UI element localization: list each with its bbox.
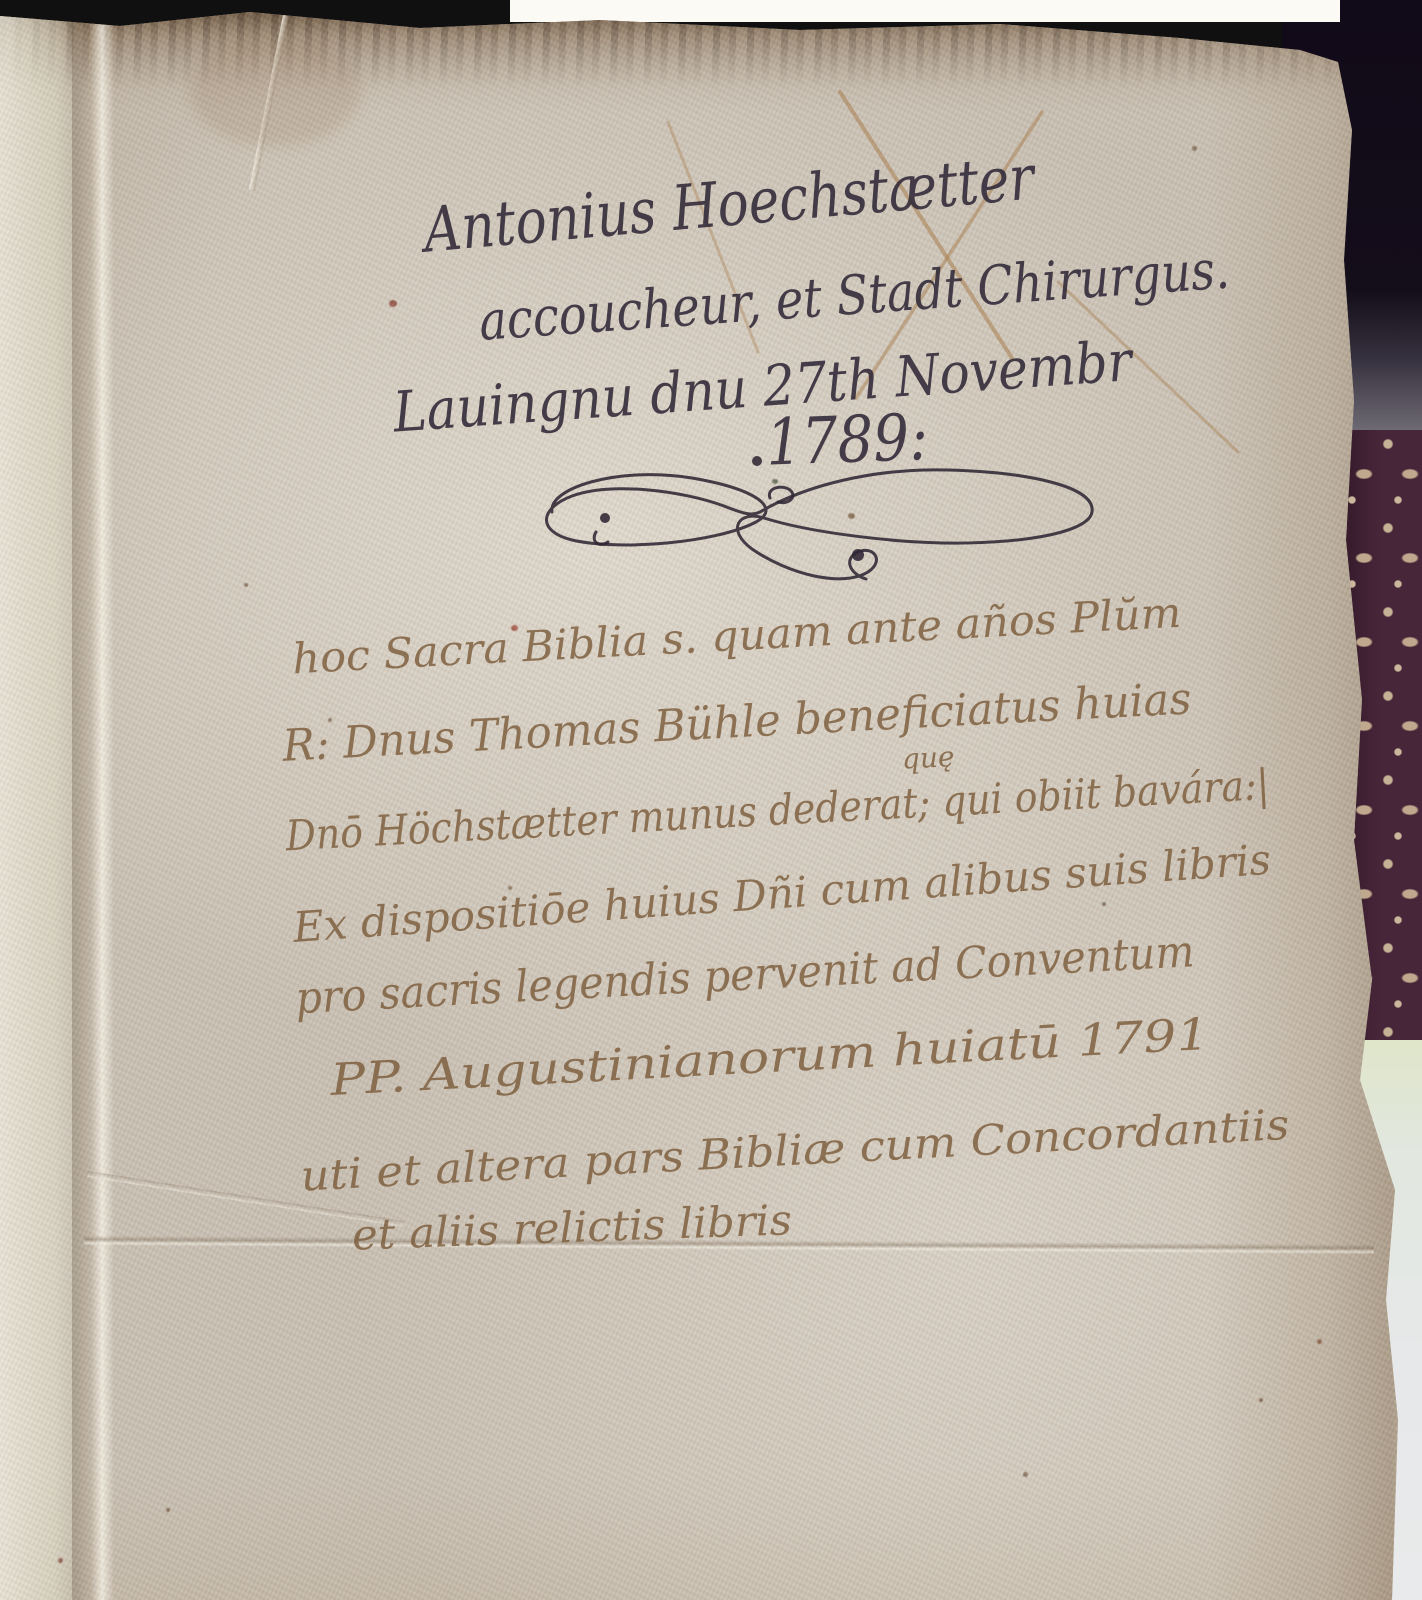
flourish-dot	[752, 456, 762, 466]
inscription-year-line: 1789:	[765, 401, 929, 481]
inscription-name-line: Antonius Hoechstætter	[417, 140, 1040, 267]
flourish-dot	[600, 513, 610, 523]
inscription-body-line-1: hoc Sacra Biblia s. quam ante años Plŭm	[291, 588, 1182, 684]
inscription-body-line-7: uti et altera pars Bibliæ cum Concordant…	[299, 1100, 1290, 1201]
flourish-dot	[852, 549, 864, 561]
inscription-body-line-8: et aliis relictis libris	[351, 1195, 792, 1259]
inscription-body-line-6: PP. Augustinianorum huiatū 1791	[328, 1009, 1211, 1106]
handwriting-layer: Antonius Hoechstætter accoucheur, et Sta…	[0, 0, 1422, 1600]
inscription-body-line-2: R: Dnus Thomas Bühle beneficiatus huias	[280, 673, 1192, 772]
inscription-superscript: quę	[901, 740, 955, 776]
photo-of-manuscript-page: Antonius Hoechstætter accoucheur, et Sta…	[0, 0, 1422, 1600]
